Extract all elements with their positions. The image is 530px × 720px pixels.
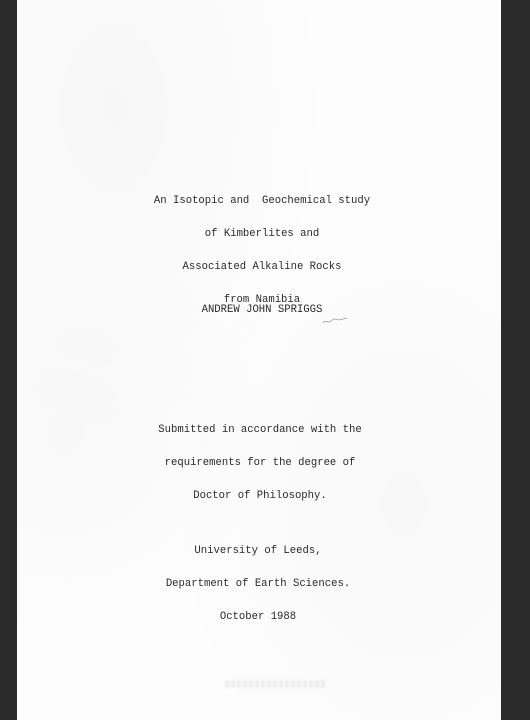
author-name: ANDREW JOHN SPRIGGS [20, 305, 504, 316]
institution-block: University of Leeds, Department of Earth… [16, 524, 500, 645]
submission-line: requirements for the degree of [18, 458, 502, 469]
date-line: October 1988 [16, 612, 500, 623]
signature-mark [322, 317, 348, 325]
submission-line: Submitted in accordance with the [18, 425, 502, 436]
title-line: An Isotopic and Geochemical study [20, 196, 504, 207]
bleed-through-text [225, 680, 325, 688]
submission-statement: Submitted in accordance with the require… [18, 403, 502, 524]
submission-line: Doctor of Philosophy. [18, 491, 502, 502]
document-page: An Isotopic and Geochemical study of Kim… [17, 0, 501, 720]
title-line: of Kimberlites and [20, 229, 504, 240]
institution-line: Department of Earth Sciences. [16, 579, 500, 590]
title-line: Associated Alkaline Rocks [20, 262, 504, 273]
institution-line: University of Leeds, [16, 546, 500, 557]
